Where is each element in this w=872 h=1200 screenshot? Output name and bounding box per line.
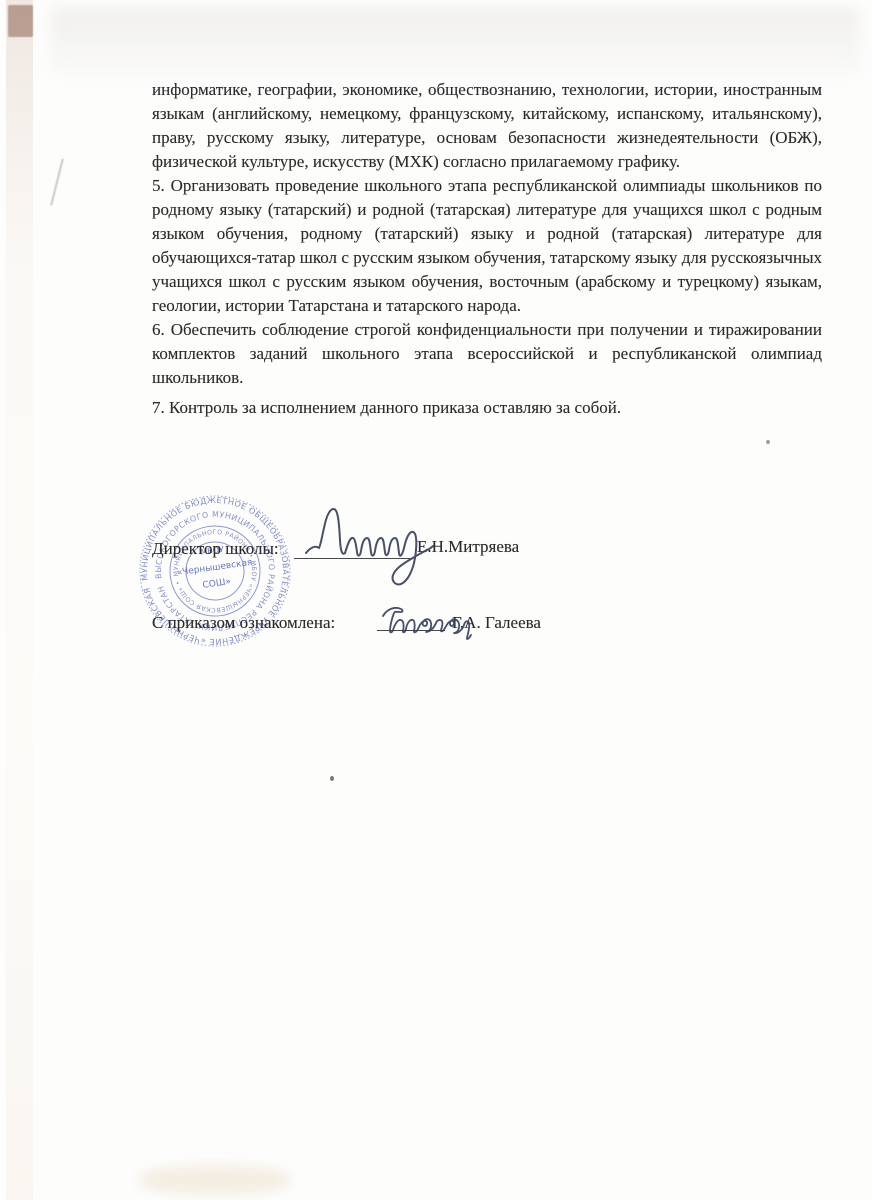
director-label: Директор школы: xyxy=(152,539,279,559)
scanned-document-page: информатике, географии, экономике, общес… xyxy=(0,0,872,1200)
stamp-center-name2: СОШ» xyxy=(202,577,232,591)
handwritten-signature-galeeva xyxy=(383,608,471,639)
scan-speck xyxy=(330,776,334,781)
paragraph-5: 5. Организовать проведение школьного эта… xyxy=(152,174,822,318)
handwritten-signatures xyxy=(290,500,580,660)
scan-edge-strip xyxy=(6,0,33,1200)
scan-top-shading xyxy=(50,8,860,76)
scan-scratch-mark xyxy=(50,158,64,205)
handwritten-signature-director xyxy=(306,509,433,584)
scan-speck xyxy=(766,440,770,444)
scan-corner-mark xyxy=(8,5,33,37)
paragraph-7: 7. Контроль за исполнением данного прика… xyxy=(152,396,822,420)
paragraph-4-continuation: информатике, географии, экономике, общес… xyxy=(152,78,822,174)
paragraph-6: 6. Обеспечить соблюдение строгой конфиде… xyxy=(152,318,822,390)
scan-bottom-blotch xyxy=(140,1166,290,1194)
document-text-block: информатике, географии, экономике, общес… xyxy=(152,78,822,420)
